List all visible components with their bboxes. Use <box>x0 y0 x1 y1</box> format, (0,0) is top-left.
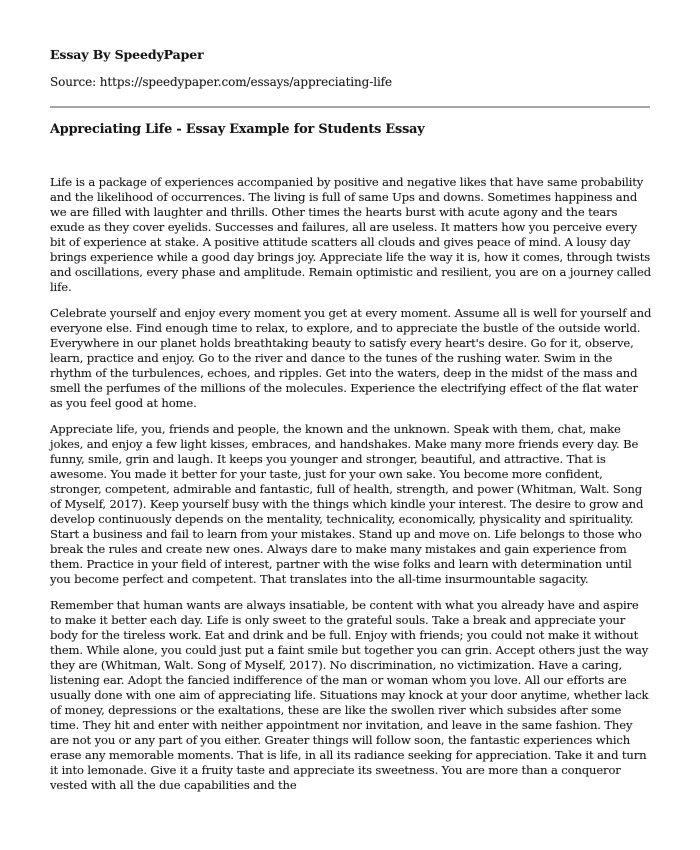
essay-paragraph: Life is a package of experiences accompa… <box>50 175 653 295</box>
essay-body: Life is a package of experiences accompa… <box>50 175 653 793</box>
source-line: Source: https://speedypaper.com/essays/a… <box>50 75 650 89</box>
essay-paragraph: Appreciate life, you, friends and people… <box>50 422 653 587</box>
essay-paragraph: Celebrate yourself and enjoy every momen… <box>50 306 653 411</box>
header-divider <box>50 106 650 108</box>
document-page: Essay By SpeedyPaper Source: https://spe… <box>0 0 700 850</box>
document-header: Essay By SpeedyPaper Source: https://spe… <box>50 48 650 89</box>
essay-paragraph: Remember that human wants are always ins… <box>50 598 653 793</box>
essay-title: Appreciating Life - Essay Example for St… <box>50 123 650 137</box>
byline: Essay By SpeedyPaper <box>50 48 650 62</box>
